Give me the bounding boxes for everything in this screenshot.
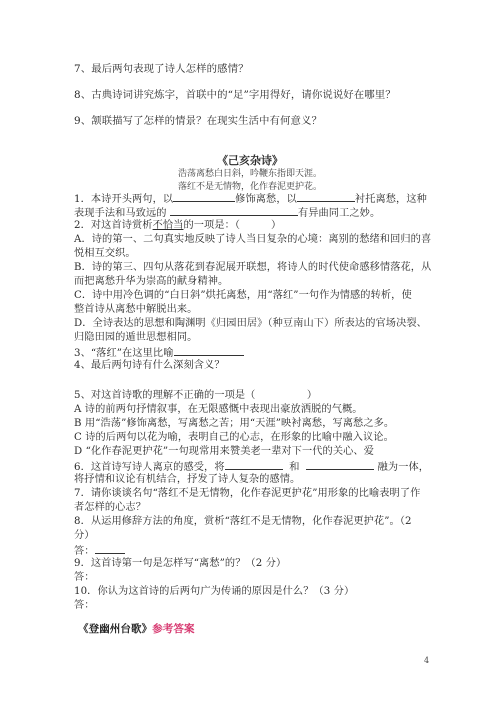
q3-text: 3、“落红”在这里比喻 xyxy=(74,348,174,359)
q2-option-a-cont: 悦相互交织。 xyxy=(74,247,136,261)
q2-option-c-cont: 整首诗从离愁中解脱出来。 xyxy=(74,303,197,317)
question-8-line-2: 分） xyxy=(74,529,95,543)
answer-blank[interactable] xyxy=(174,345,244,356)
q5-option-a: A 诗的前两句抒情叙事，在无限感慨中表现出豪放洒脱的气概。 xyxy=(74,403,363,417)
answer-blank[interactable] xyxy=(297,191,355,202)
q5-option-d: D “化作春泥更护花”一句现常用来赞美老一辈对下一代的关心、爱 xyxy=(74,445,374,459)
q2-option-d-cont: 归隐田园的遁世思想相同。 xyxy=(74,331,197,345)
question-4: 4、最后两句诗有什么深刻含义？ xyxy=(74,359,225,373)
answer-blank[interactable] xyxy=(225,459,283,470)
question-10-answer: 答： xyxy=(74,599,95,613)
q6-text-c: 融为一体， xyxy=(378,462,429,473)
answer-section-title: 《登幽州台歌》 xyxy=(78,623,152,635)
q2-option-a: A．诗的第一、二句真实地反映了诗人当日复杂的心境：离别的愁绪和回归的喜 xyxy=(74,233,431,247)
q2-option-b: B．诗的第三、四句从落花到春泥展开联想，将诗人的时代使命感移情落花，从 xyxy=(74,261,431,275)
question-7-top: 7、最后两句表现了诗人怎样的感情？ xyxy=(74,62,249,76)
question-7-line-1: 7．请你谈谈名句“落红不是无情物，化作春泥更护花”用形象的比喻表明了作 xyxy=(74,487,420,501)
q2-emphasis: 不恰当 xyxy=(153,220,184,231)
answer-section-heading: 《登幽州台歌》参考答案 xyxy=(78,622,195,636)
q2-suffix: 的一项是：（ ） xyxy=(183,220,281,231)
answer-section-label: 参考答案 xyxy=(152,623,194,635)
question-9-answer: 答： xyxy=(74,571,95,585)
question-7-line-2: 者怎样的心志？ xyxy=(74,501,146,515)
q1-text-d: 表现手法和马致远的 xyxy=(74,208,167,219)
q2-option-b-cont: 而把离愁升华为崇高的献身精神。 xyxy=(74,275,228,289)
q1-text-b: 修饰离愁，以 xyxy=(235,194,297,205)
question-6-line-2: 将抒情和议论有机结合，抒发了诗人复杂的感情。 xyxy=(74,473,300,487)
q6-text-b: 和 xyxy=(289,462,299,473)
q5-option-b: B 用“浩荡”修饰离愁，写离愁之苦；用“天涯”映衬离愁，写离愁之多。 xyxy=(74,417,394,431)
q2-option-c: C．诗中用冷色调的“白日斜”烘托离愁，用“落红”一句作为情感的转析，使 xyxy=(74,289,412,303)
answer-blank[interactable] xyxy=(95,543,125,554)
poem-line-1: 浩荡离愁白日斜，吟鞭东指即天涯。 xyxy=(0,166,500,179)
q1-text-e: 有异曲同工之妙。 xyxy=(298,208,380,219)
q5-option-c: C 诗的后两句以花为喻，表明自己的心志，在形象的比喻中融入议论。 xyxy=(74,431,394,445)
page-number: 4 xyxy=(424,656,429,665)
answer-label: 答： xyxy=(74,546,95,557)
q1-text-c: 衬托离愁，这种 xyxy=(355,194,427,205)
question-2-stem: 2．对这首诗赏析不恰当的一项是：（ ） xyxy=(74,219,281,233)
question-5-stem: 5、对这首诗歌的理解不正确的一项是（ ） xyxy=(74,389,317,403)
question-10-line-1: 10．你认为这首诗的后两句广为传诵的原因是什么？（3 分） xyxy=(74,585,354,599)
question-9-line-1: 9．这首诗第一句是怎样写“离愁”的？（2 分） xyxy=(74,557,286,571)
question-9-top: 9、颔联描写了怎样的情景？在现实生活中有何意义？ xyxy=(74,114,322,128)
answer-blank[interactable] xyxy=(306,459,374,470)
answer-blank[interactable] xyxy=(173,191,235,202)
q6-text-a: 6．这首诗写诗人离京的感受，将 xyxy=(74,462,225,473)
q1-text-a: 1．本诗开头两句，以 xyxy=(74,194,173,205)
answer-blank[interactable] xyxy=(170,205,298,216)
question-8-top: 8、古典诗词讲究炼字，首联中的“足”字用得好，请你说说好在哪里？ xyxy=(74,88,396,102)
q2-prefix: 2．对这首诗赏析 xyxy=(74,220,153,231)
q2-option-d: D．全诗表达的思想和陶渊明《归园田居》（种豆南山下）所表达的官场决裂、 xyxy=(74,317,427,331)
question-8-line-1: 8．从运用修辞方法的角度，赏析“落红不是无情物，化作春泥更护花”。（2 xyxy=(74,515,412,529)
